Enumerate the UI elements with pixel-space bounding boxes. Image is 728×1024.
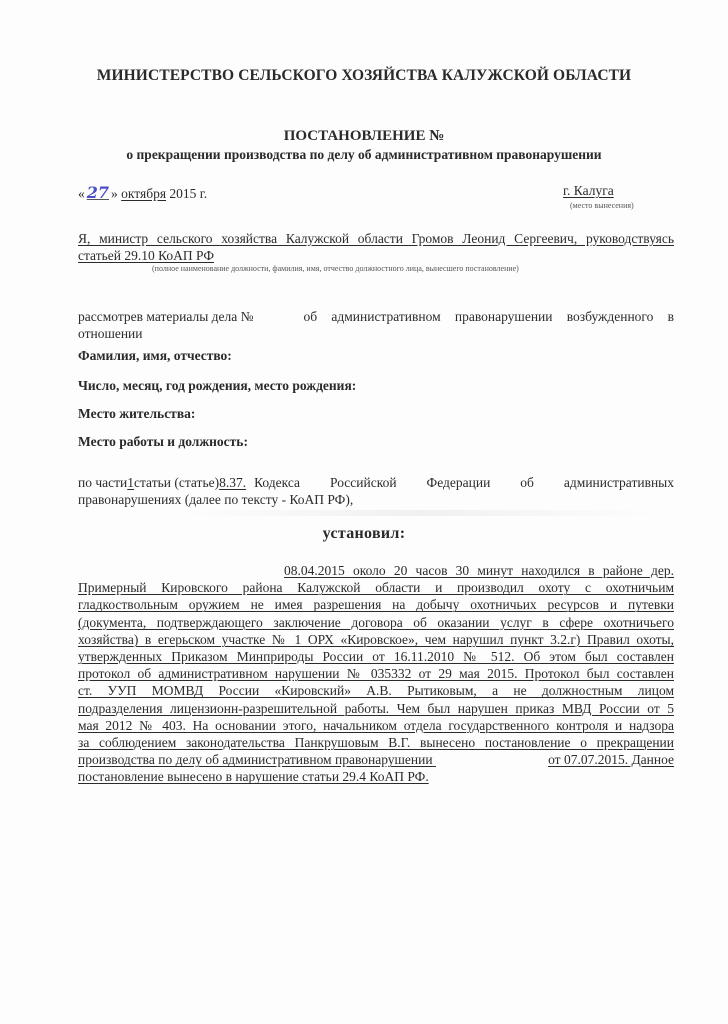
case-offense-text: об административном правонарушении возбу… [304, 308, 675, 325]
article-suffix: Кодекса Российской Федерации об админист… [254, 474, 674, 491]
case-materials-text: рассмотрев материалы дела № [78, 308, 254, 325]
article-paragraph: по части 1 статьи (статье) 8.37. Кодекса… [78, 474, 674, 508]
official-line-2: статьей 29.10 КоАП РФ [78, 247, 674, 264]
findings-line-12-part1: производства по делу об административном… [78, 751, 433, 768]
established-heading: установил: [0, 525, 728, 543]
date-close-quote: » [111, 186, 118, 201]
considered-paragraph: рассмотрев материалы дела № об администр… [78, 308, 674, 342]
field-residence: Место жительства: [78, 406, 195, 422]
findings-line-12: производства по делу об административном… [78, 751, 674, 768]
ministry-header: МИНИСТЕРСТВО СЕЛЬСКОГО ХОЗЯЙСТВА КАЛУЖСК… [0, 67, 728, 85]
findings-line: подразделения лицензионн-разрешительной … [78, 700, 674, 717]
findings-body: 08.04.2015 около 20 часов 30 минут наход… [78, 562, 674, 786]
date-open-quote: « [78, 186, 85, 201]
article-middle: статьи (статье) [134, 474, 219, 491]
findings-line: ст. УУП МОМВД России «Кировский» А.В. Ры… [78, 682, 674, 699]
findings-line-12-part2: от 07.07.2015. Данное [548, 751, 674, 768]
case-number-blank [254, 308, 304, 325]
article-line-2: правонарушениях (далее по тексту - КоАП … [78, 491, 674, 508]
official-line-1: Я, министр сельского хозяйства Калужской… [78, 230, 674, 247]
findings-last-line: постановление вынесено в нарушение стать… [78, 768, 674, 785]
findings-line: 08.04.2015 около 20 часов 30 минут наход… [78, 562, 674, 579]
findings-line: гладкоствольным оружием не имея разрешен… [78, 596, 674, 613]
date-month: октября [121, 186, 166, 201]
official-caption: (полное наименование должности, фамилия,… [152, 264, 519, 273]
document-title: ПОСТАНОВЛЕНИЕ № [0, 128, 728, 145]
article-number: 8.37. [219, 474, 246, 491]
article-part-number: 1 [127, 474, 134, 491]
findings-line: хозяйства) в егерьском участке № 1 ОРХ «… [78, 631, 674, 648]
case-in-relation-text: отношении [78, 325, 674, 342]
official-statement: Я, министр сельского хозяйства Калужской… [78, 230, 674, 264]
redacted-number-blank [433, 751, 549, 768]
findings-line: мая 2012 № 403. На основании этого, нача… [78, 717, 674, 734]
issue-place-caption: (место вынесения) [570, 201, 634, 210]
scan-artifact [180, 510, 660, 516]
field-birth-info: Число, месяц, год рождения, место рожден… [78, 378, 356, 394]
field-workplace: Место работы и должность: [78, 434, 248, 450]
findings-line: утвержденных Приказом Минприроды России … [78, 648, 674, 665]
findings-line: (документа, подтверждающего заключение д… [78, 614, 674, 631]
field-full-name: Фамилия, имя, отчество: [78, 348, 232, 364]
issue-date: «27» октября 2015 г. [78, 183, 207, 202]
document-page: МИНИСТЕРСТВО СЕЛЬСКОГО ХОЗЯЙСТВА КАЛУЖСК… [0, 0, 728, 1024]
findings-line: протокол об административном нарушении №… [78, 665, 674, 682]
date-year: 2015 г. [169, 186, 207, 201]
findings-line: Примерный Кировского района Калужской об… [78, 579, 674, 596]
issue-place: г. Калуга [563, 183, 614, 199]
handwritten-day: 27 [85, 183, 111, 202]
article-prefix: по части [78, 474, 127, 491]
findings-line: за соблюдением законодательства Панкрушо… [78, 734, 674, 751]
document-subtitle: о прекращении производства по делу об ад… [0, 147, 728, 163]
